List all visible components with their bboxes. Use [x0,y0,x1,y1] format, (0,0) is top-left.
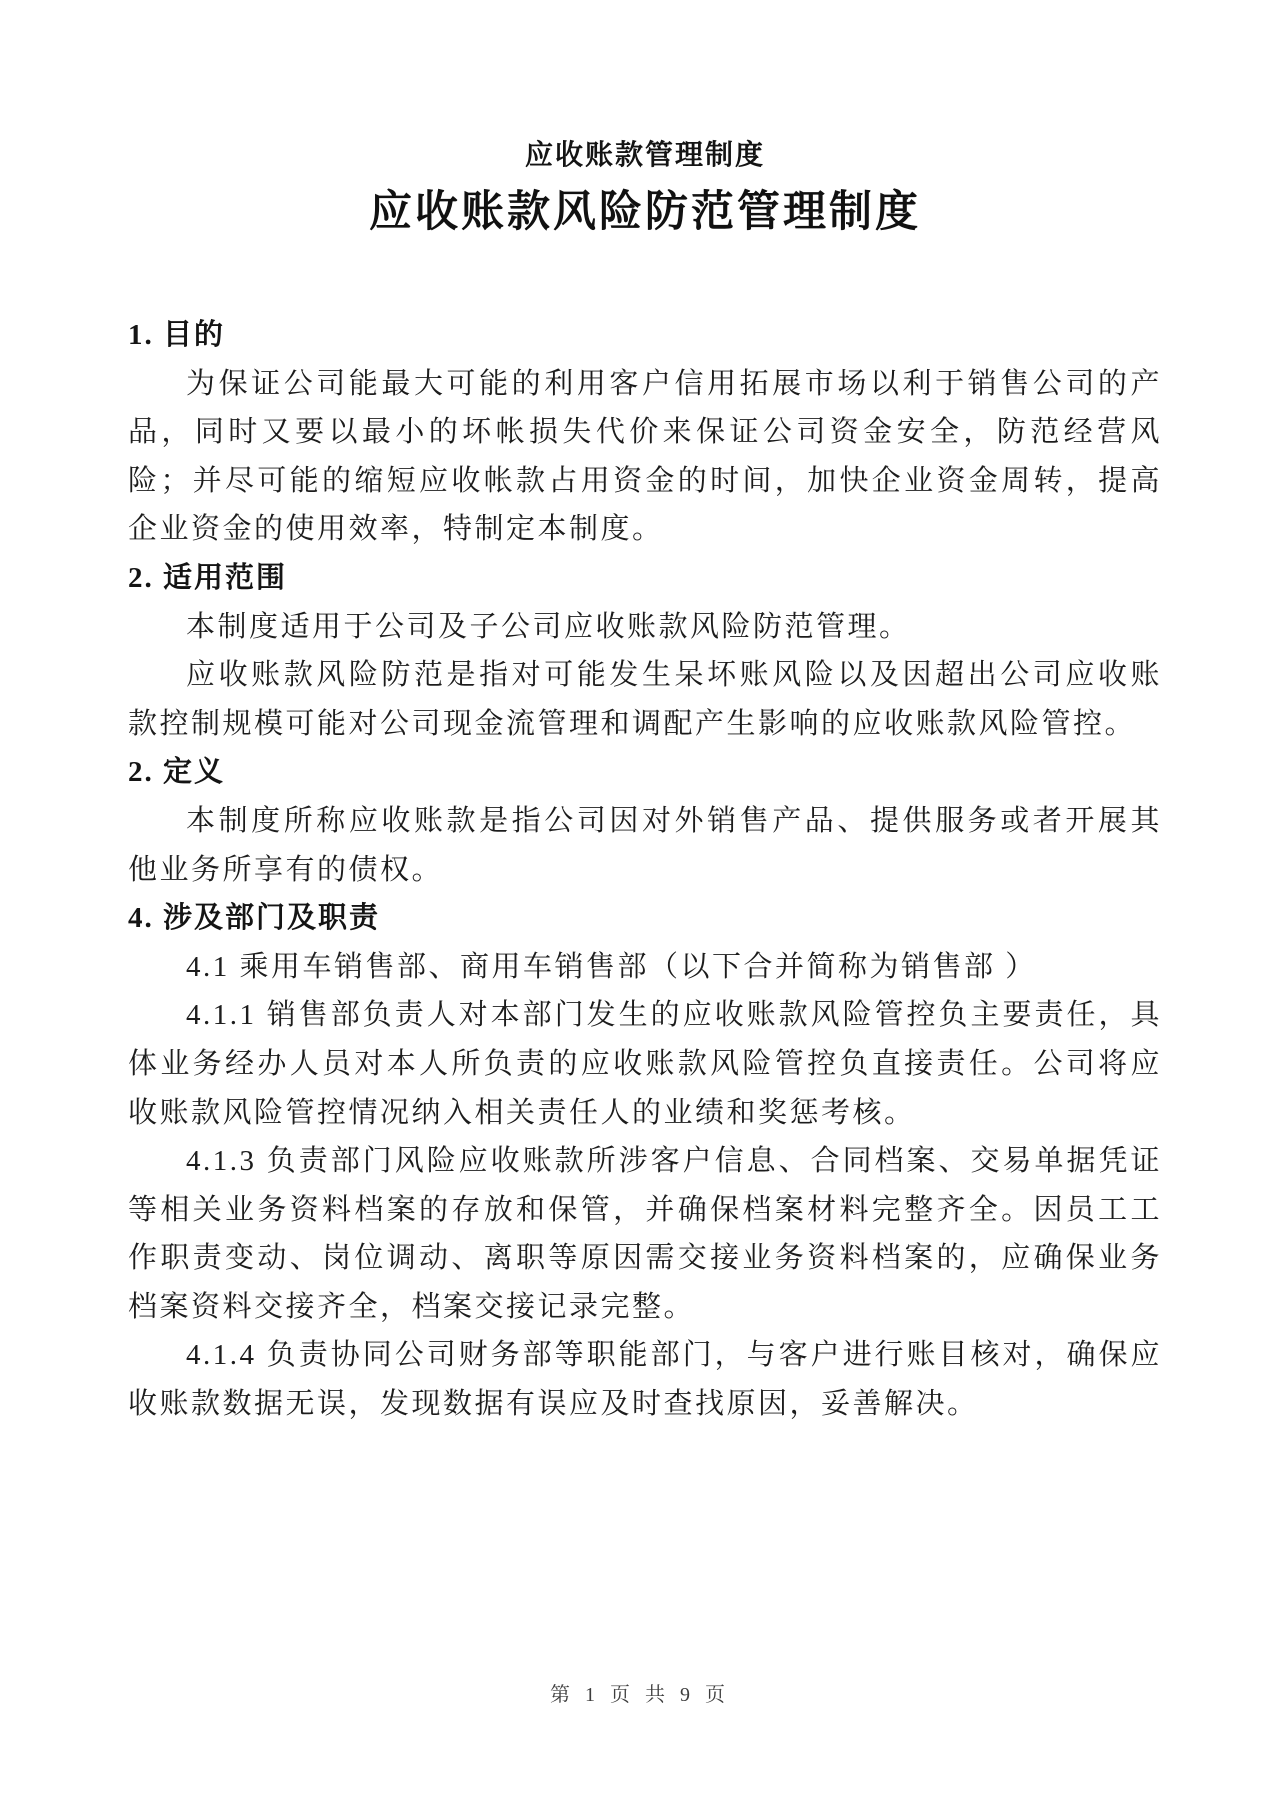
section-departments-duties: 4. 涉及部门及职责 4.1 乘用车销售部、商用车销售部（以下合并简称为销售部 … [128,894,1162,1429]
document-page: 应收账款管理制度 应收账款风险防范管理制度 1. 目的 为保证公司能最大可能的利… [0,0,1280,1811]
paragraph: 4.1 乘用车销售部、商用车销售部（以下合并简称为销售部 ） [128,943,1162,992]
section-heading: 2. 适用范围 [128,554,1162,603]
paragraph: 本制度适用于公司及子公司应收账款风险防范管理。 [128,603,1162,652]
section-heading: 4. 涉及部门及职责 [128,894,1162,943]
paragraph: 4.1.1 销售部负责人对本部门发生的应收账款风险管控负主要责任，具体业务经办人… [128,991,1162,1137]
paragraph: 本制度所称应收账款是指公司因对外销售产品、提供服务或者开展其他业务所享有的债权。 [128,797,1162,894]
section-heading: 1. 目的 [128,311,1162,360]
paragraph: 4.1.3 负责部门风险应收账款所涉客户信息、合同档案、交易单据凭证等相关业务资… [128,1137,1162,1331]
section-scope: 2. 适用范围 本制度适用于公司及子公司应收账款风险防范管理。 应收账款风险防范… [128,554,1162,748]
paragraph: 为保证公司能最大可能的利用客户信用拓展市场以利于销售公司的产品，同时又要以最小的… [128,360,1162,554]
section-definition: 2. 定义 本制度所称应收账款是指公司因对外销售产品、提供服务或者开展其他业务所… [128,748,1162,894]
document-subtitle: 应收账款管理制度 [128,138,1162,174]
page-footer: 第 1 页 共 9 页 [0,1678,1280,1707]
document-body: 1. 目的 为保证公司能最大可能的利用客户信用拓展市场以利于销售公司的产品，同时… [128,311,1162,1429]
paragraph: 应收账款风险防范是指对可能发生呆坏账风险以及因超出公司应收账款控制规模可能对公司… [128,651,1162,748]
document-content: 应收账款管理制度 应收账款风险防范管理制度 1. 目的 为保证公司能最大可能的利… [128,138,1162,1429]
section-heading: 2. 定义 [128,748,1162,797]
paragraph: 4.1.4 负责协同公司财务部等职能部门，与客户进行账目核对，确保应收账款数据无… [128,1331,1162,1428]
document-title: 应收账款风险防范管理制度 [128,182,1162,244]
section-purpose: 1. 目的 为保证公司能最大可能的利用客户信用拓展市场以利于销售公司的产品，同时… [128,311,1162,554]
